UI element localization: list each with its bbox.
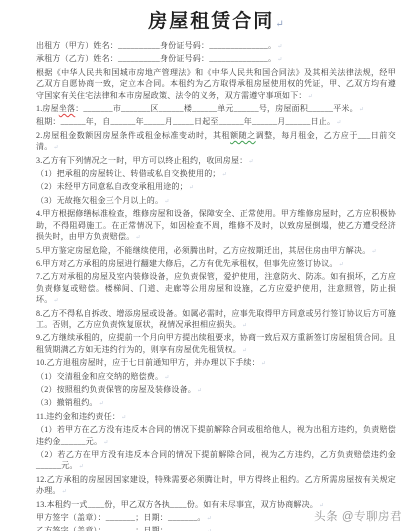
- clause-8: 8.乙方不得私自拆改、增添房屋或设备。如属必需时，应事先取得甲方同意或另行签订协…: [36, 308, 396, 333]
- grammar-underline: 额随之: [230, 131, 256, 140]
- clause-3-item-1: （1）把承租的房屋转让、转借或私自交换使用的；: [36, 168, 396, 181]
- clause-10-item-1: （1）交清租金和应交纳的赔偿费。: [36, 371, 396, 384]
- clause-11-item-1: （1）若甲方在乙方没有违反本合同的情况下提前解除合同或租给他人，视为出租方违约，…: [36, 424, 396, 449]
- toutiao-watermark: 头条 @专聊房君: [314, 508, 402, 524]
- clause-2-text-pre: 2.房屋租金数额因房屋条件或租金标准变动时，其租: [36, 131, 230, 140]
- spellcheck-underline: 坐落: [59, 104, 75, 113]
- clause-1: 1.房屋坐落：_______市_______区______楼______单元__…: [36, 103, 396, 116]
- clause-3-item-3: （3）无故拖欠租金三个月以上的。: [36, 195, 396, 208]
- clause-11-item-2: （2）若乙方在甲方没有违反本合同的情况下提前解除合同，视为乙方违约，乙方负责赔偿…: [36, 449, 396, 474]
- clause-7: 7.乙方对承租的房屋及室内装修设备，应负责保管，爱护使用，注意防火、防冻。如有损…: [36, 271, 396, 307]
- contract-document: 房屋租赁合同 出租方（甲方）姓名：__________身份证号码：_______…: [0, 0, 412, 531]
- clause-1-text-pre: 1.房屋: [36, 104, 59, 113]
- clause-11: 11.违约金和违约责任：: [36, 411, 396, 424]
- clause-2: 2.房屋租金数额因房屋条件或租金标准变动时，其租额随之调整，每月租金，乙方应于_…: [36, 130, 396, 155]
- clause-1-term: 租期：______年，自______年_____月_____日起至______年…: [36, 116, 396, 129]
- preamble: 根据《中华人民共和国城市房地产管理法》和《中华人民共和国合同法》及其相关法律法规…: [36, 67, 396, 103]
- clause-10-item-3: （3）撤销租约。: [36, 397, 396, 410]
- contract-title: 房屋租赁合同: [36, 6, 396, 33]
- clause-12: 12.乙方承租的房屋因国家建设，特殊需要必须腾让时，甲方得终止租约。乙方所需房屋…: [36, 474, 396, 499]
- contract-page: { "contract": { "title": "房屋租赁合同", "part…: [0, 0, 412, 531]
- clause-3: 3.乙方有下列情况之一时，甲方可以终止租约，收回房屋：: [36, 155, 396, 168]
- signature-party-b: 乙方签字（盖章）：_______；日期：_______。: [36, 525, 396, 531]
- party-b-line: 承租方（乙方）姓名：__________身份证号码：______________…: [36, 53, 396, 66]
- clause-3-item-2: （2）未经甲方同意私自改变承租用途的；: [36, 181, 396, 194]
- clause-10: 10.乙方退租房屋时，应于七日前通知甲方，并办理以下手续：: [36, 357, 396, 370]
- party-a-line: 出租方（甲方）姓名：__________身份证号码：______________…: [36, 40, 396, 53]
- clause-9: 9.乙方继续承租的，应提前一个月向甲方提出续租要求，协商一致后双方重新签订房屋租…: [36, 332, 396, 357]
- clause-1-text-post: ：_______市_______区______楼______单元______号，…: [75, 104, 358, 113]
- clause-6: 6.甲方对乙方承租的房屋进行翻建大修后，乙方有优先承租权，但事先应签订协议。: [36, 258, 396, 271]
- clause-5: 5.甲方鉴定房屋危险，不能继续使用，必须腾出时，乙方应按期迁出，其居住房由甲方解…: [36, 245, 396, 258]
- clause-10-item-2: （2）按照租约负责保管的房屋及装修设备。: [36, 384, 396, 397]
- clause-4: 4.甲方根据修缮标准检查，维修房屋和设备，保障安全、正常使用。甲方维修房屋时，乙…: [36, 208, 396, 244]
